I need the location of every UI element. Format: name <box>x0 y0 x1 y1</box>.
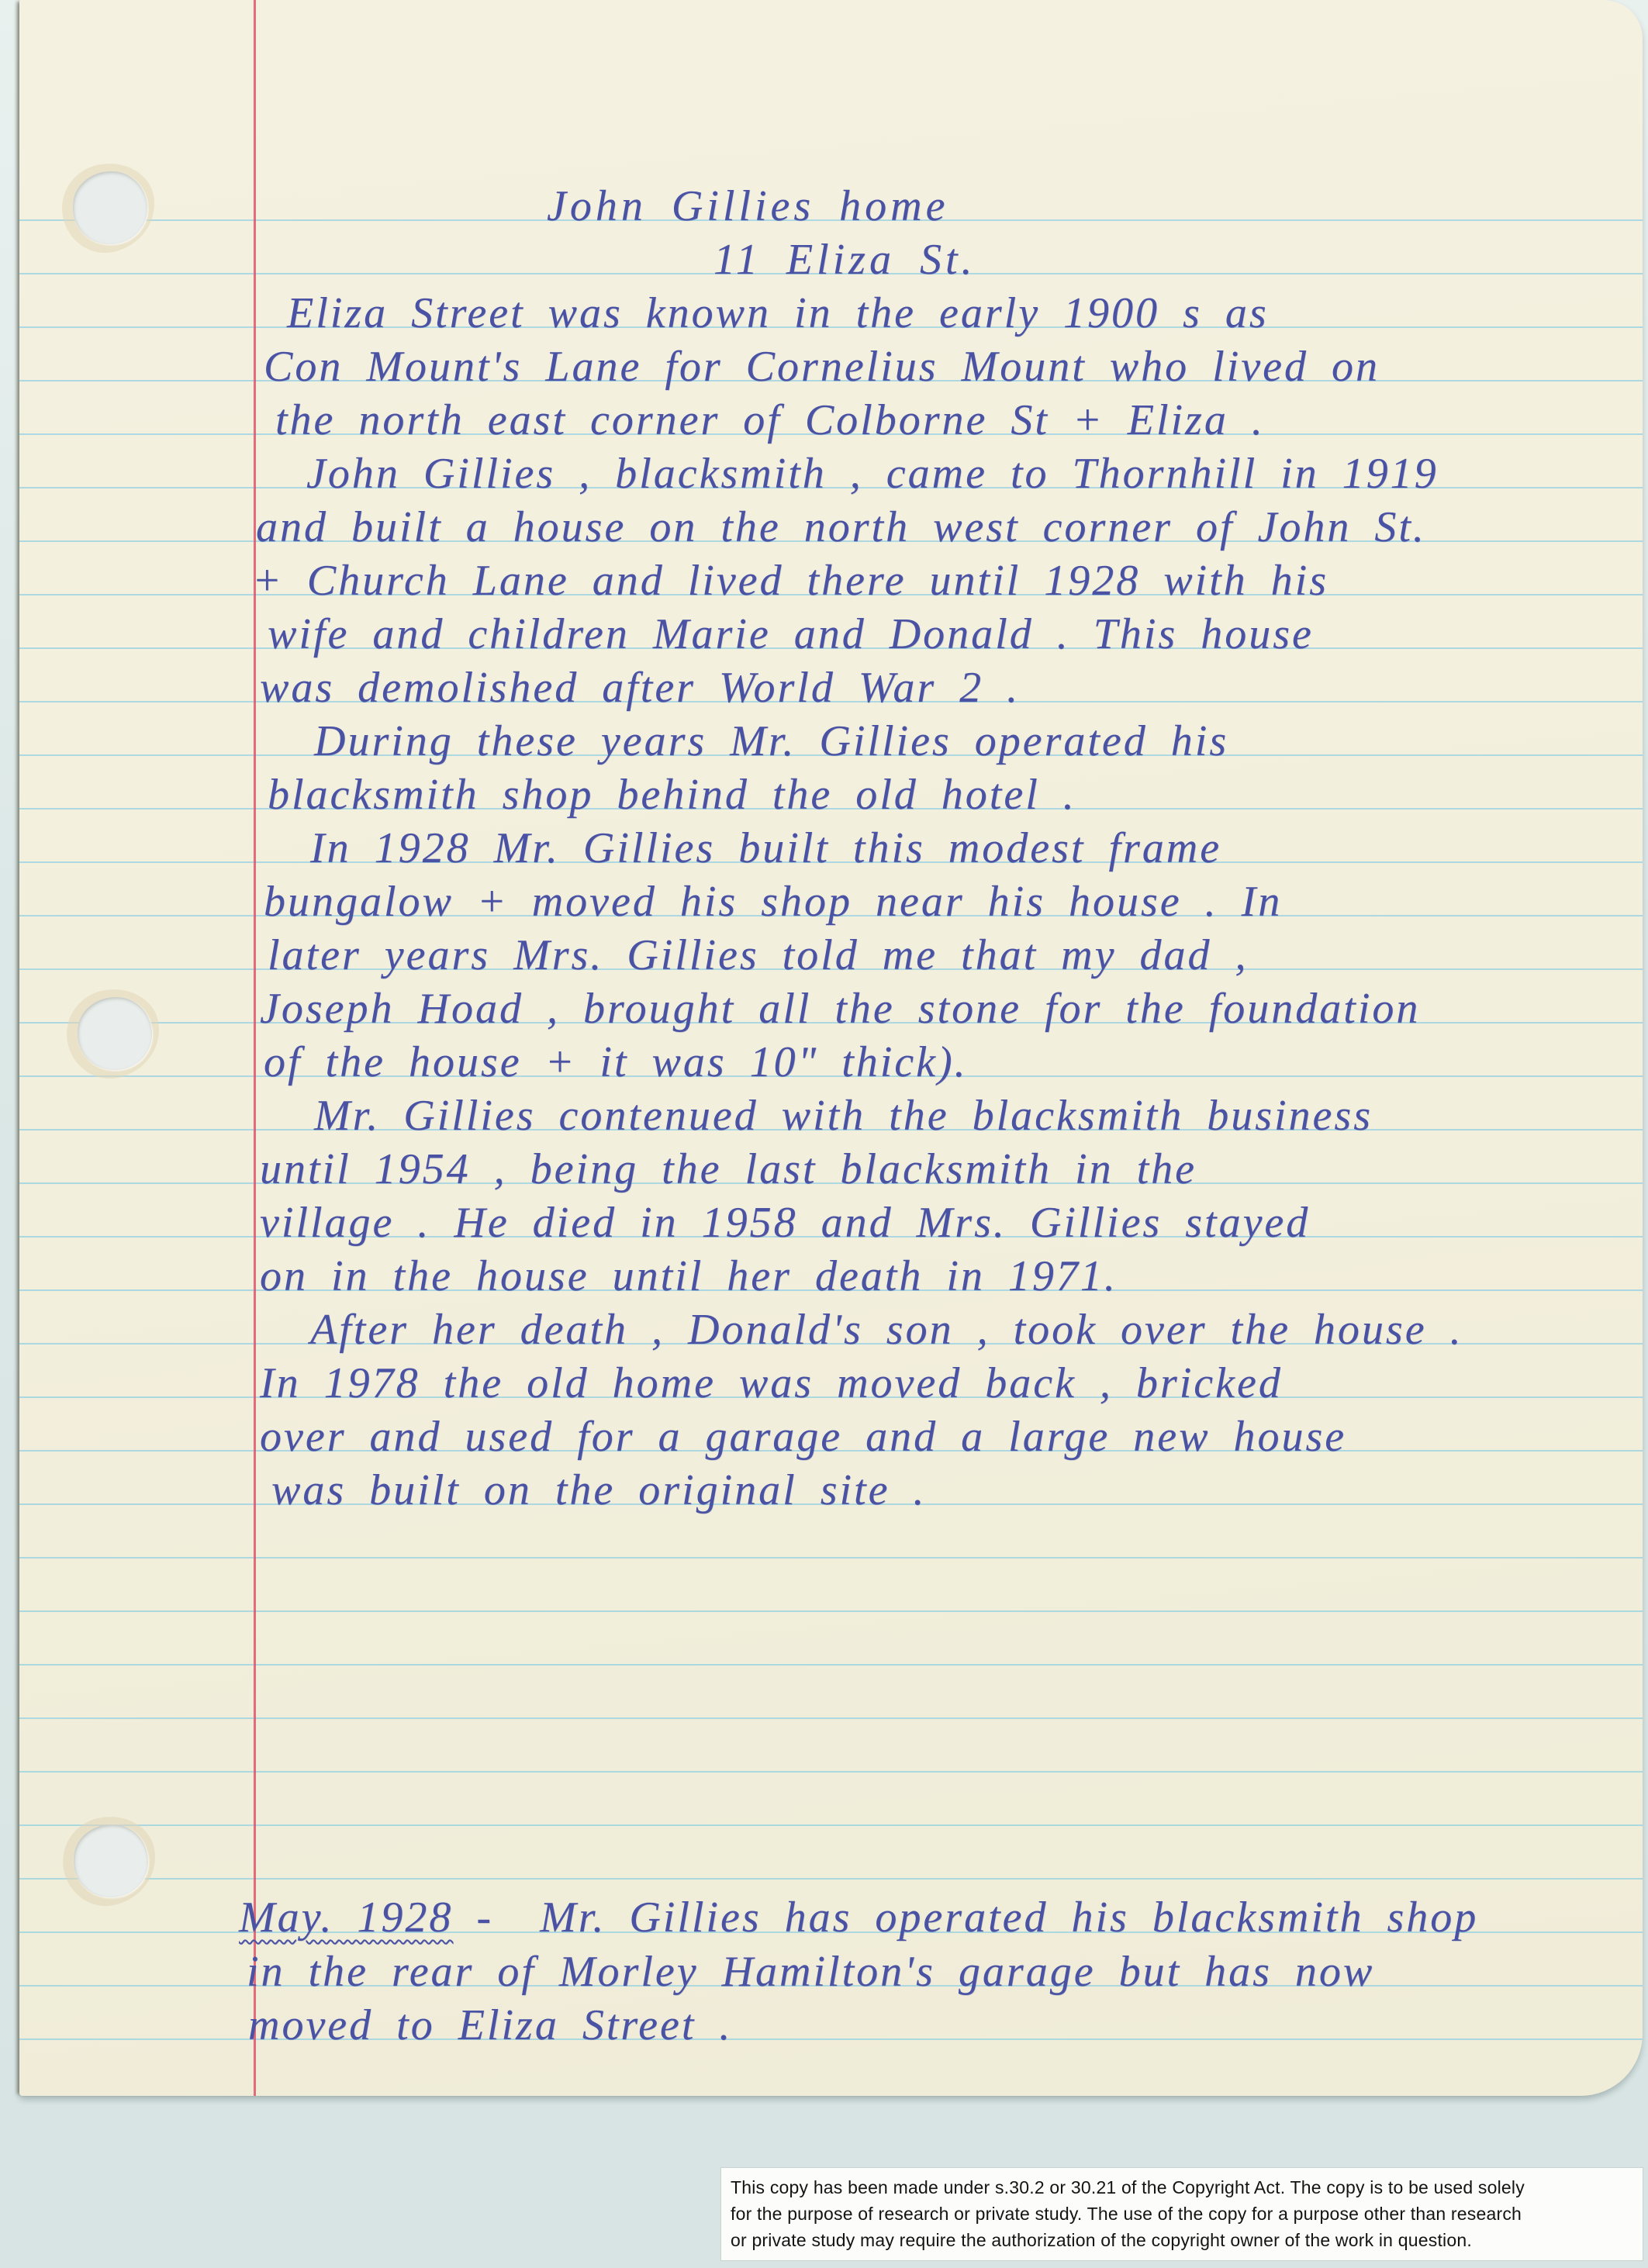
punch-hole-circle <box>73 171 147 244</box>
footnote-line-1: May. 1928 - Mr. Gillies has operated his… <box>239 1896 1478 1939</box>
footnote-line-3: moved to Eliza Street . <box>248 2004 732 2047</box>
handwritten-line: After her death , Donald's son , took ov… <box>310 1308 1463 1351</box>
footnote-text: Mr. Gillies has operated his blacksmith … <box>540 1893 1478 1942</box>
red-margin-line <box>254 0 256 2096</box>
handwritten-line: was built on the original site . <box>271 1469 926 1512</box>
handwritten-line: was demolished after World War 2 . <box>260 666 1020 709</box>
handwritten-line: In 1928 Mr. Gillies built this modest fr… <box>310 827 1221 870</box>
footnote-separator: - <box>453 1893 540 1942</box>
stamp-line: or private study may require the authori… <box>731 2227 1633 2253</box>
handwritten-line: later years Mrs. Gillies told me that my… <box>268 934 1248 977</box>
footnote-line-2: in the rear of Morley Hamilton's garage … <box>247 1950 1374 1994</box>
handwritten-line: village . He died in 1958 and Mrs. Gilli… <box>260 1201 1310 1244</box>
handwritten-line: until 1954 , being the last blacksmith i… <box>260 1148 1197 1191</box>
handwritten-line: the north east corner of Colborne St + E… <box>275 399 1265 442</box>
stamp-line: This copy has been made under s.30.2 or … <box>731 2174 1633 2201</box>
stamp-line: for the purpose of research or private s… <box>731 2201 1633 2227</box>
handwritten-line: bungalow + moved his shop near his house… <box>264 880 1282 923</box>
handwritten-line: wife and children Marie and Donald . Thi… <box>268 613 1314 656</box>
punch-hole-circle <box>74 1824 148 1897</box>
handwritten-line: Mr. Gillies contenued with the blacksmit… <box>314 1094 1373 1137</box>
handwritten-line: + Church Lane and lived there until 1928… <box>252 559 1328 602</box>
notebook-page: John Gillies home 11 Eliza St. Eliza Str… <box>19 0 1643 2096</box>
copyright-stamp: This copy has been made under s.30.2 or … <box>721 2168 1643 2260</box>
scanned-document: John Gillies home 11 Eliza St. Eliza Str… <box>0 0 1648 2268</box>
handwritten-line: over and used for a garage and a large n… <box>260 1415 1346 1458</box>
handwritten-line: Eliza Street was known in the early 1900… <box>287 292 1269 335</box>
handwritten-line: In 1978 the old home was moved back , br… <box>260 1362 1283 1405</box>
handwritten-line: on in the house until her death in 1971. <box>260 1255 1118 1298</box>
handwritten-line: Con Mount's Lane for Cornelius Mount who… <box>264 345 1380 388</box>
handwritten-line: During these years Mr. Gillies operated … <box>314 720 1228 763</box>
copyright-stamp-text: This copy has been made under s.30.2 or … <box>731 2174 1633 2253</box>
punch-hole-circle <box>78 997 152 1070</box>
footnote-date: May. 1928 <box>239 1893 453 1942</box>
handwritten-line: blacksmith shop behind the old hotel . <box>268 773 1076 816</box>
handwritten-line: of the house + it was 10" thick). <box>264 1041 968 1084</box>
page-address: 11 Eliza St. <box>713 238 976 281</box>
handwritten-line: and built a house on the north west corn… <box>256 506 1426 549</box>
handwritten-line: John Gillies , blacksmith , came to Thor… <box>306 452 1439 495</box>
handwritten-line: Joseph Hoad , brought all the stone for … <box>260 987 1420 1030</box>
page-title: John Gillies home <box>547 185 948 228</box>
